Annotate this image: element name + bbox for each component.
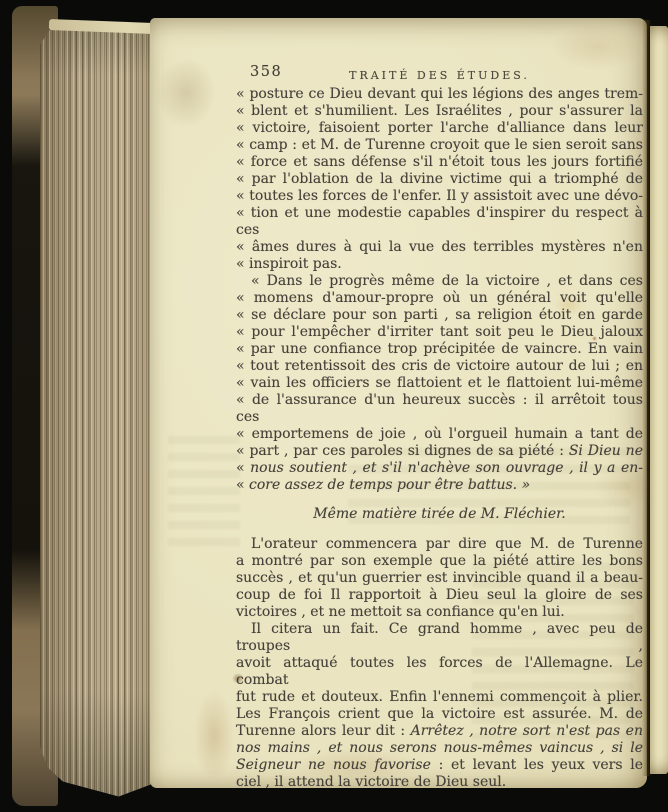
body-paragraph-2: Il citera un fait. Ce grand homme , avec…: [236, 621, 643, 791]
text-line: succès , et qu'un guerrier est invincibl…: [236, 570, 643, 587]
paper-stain: [156, 58, 216, 128]
text-line: a montré par son exemple que la piété at…: [236, 553, 643, 570]
text-line: nos mains , et nous serons nous-mêmes va…: [236, 740, 643, 757]
text-line: fut rude et douteux. Enfin l'ennemi comm…: [236, 689, 643, 706]
ink-showthrough: [168, 436, 240, 548]
body-paragraph-1: L'orateur commencera par dire que M. de …: [236, 536, 643, 621]
text-line: « nous soutient , et s'il n'achève son o…: [236, 460, 643, 477]
text-line: coup de foi Il rapportoit à Dieu seul la…: [236, 587, 643, 604]
text-line: « par une confiance trop précipitée de v…: [236, 341, 643, 358]
text-line: « de l'assurance d'un heureux succès : i…: [236, 392, 643, 426]
text-line: « tout retentissoit des cris de victoire…: [236, 358, 643, 375]
text-line: « vain les officiers se flattoient et le…: [236, 375, 643, 392]
text-line: « posture ce Dieu devant qui les légions…: [236, 86, 643, 103]
text-line: « inspiroit pas.: [236, 256, 643, 273]
text-line: « part , par ces paroles si dignes de sa…: [236, 443, 643, 460]
text-line: victoires , et ne mettoit sa confiance q…: [236, 604, 643, 621]
text-line: « se déclare pour son parti , sa religio…: [236, 307, 643, 324]
text-line: Les François crient que la victoire est …: [236, 706, 643, 723]
text-line: « pour l'empêcher d'irriter tant soit pe…: [236, 324, 643, 341]
text-line: « force et sans défense s'il n'étoit tou…: [236, 154, 643, 171]
text-line: « momens d'amour-propre où un général vo…: [236, 290, 643, 307]
text-line: « blent et s'humilient. Les Israélites ,…: [236, 103, 643, 120]
page-edge-stack: [40, 13, 167, 802]
paper-stain: [194, 690, 234, 782]
text-line: « par l'oblation de la divine victime qu…: [236, 171, 643, 188]
text-line: Turenne alors leur dit : Arrêtez , notre…: [236, 723, 643, 740]
text-line: « Dans le progrès même de la victoire , …: [236, 273, 643, 290]
text-line: Il citera un fait. Ce grand homme , avec…: [236, 621, 643, 655]
text-line: ciel , il attend la victoire de Dieu seu…: [236, 774, 643, 791]
page-header: 358 TRAITÉ DES ÉTUDES.: [236, 63, 643, 83]
text-line: « camp : et M. de Turenne croyoit que le…: [236, 137, 643, 154]
text-line: « âmes dures à qui la vue des terribles …: [236, 239, 643, 256]
page-number: 358: [250, 64, 282, 81]
text-line: « tion et une modestie capables d'inspir…: [236, 205, 643, 239]
text-line: L'orateur commencera par dire que M. de …: [236, 536, 643, 553]
quote-paragraph: « posture ce Dieu devant qui les légions…: [236, 86, 643, 494]
scanned-book-photo: 358 TRAITÉ DES ÉTUDES. « posture ce Dieu…: [0, 0, 668, 812]
text-column: 358 TRAITÉ DES ÉTUDES. « posture ce Dieu…: [236, 63, 643, 791]
facing-page-edge: [650, 26, 668, 774]
text-line: Seigneur ne nous favorise : et levant le…: [236, 757, 643, 774]
book-page: 358 TRAITÉ DES ÉTUDES. « posture ce Dieu…: [150, 18, 647, 788]
text-line: « emportemens de joie , où l'orgueil hum…: [236, 426, 643, 443]
section-heading: Même matière tirée de M. Fléchier.: [236, 506, 643, 523]
text-line: « toutes les forces de l'enfer. Il y ass…: [236, 188, 643, 205]
running-title: TRAITÉ DES ÉTUDES.: [236, 63, 643, 84]
text-line: « core assez de temps pour être battus. …: [236, 477, 643, 494]
text-line: avoit attaqué toutes les forces de l'All…: [236, 655, 643, 689]
text-line: « victoire, faisoient porter l'arche d'a…: [236, 120, 643, 137]
